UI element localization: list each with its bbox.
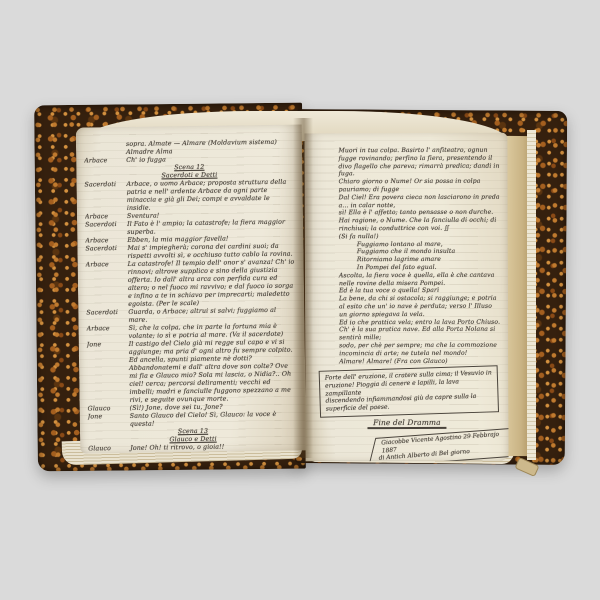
book-gutter-shadow xyxy=(293,118,313,458)
handwritten-line: JoneSanto Glauco del Cielo! Sì, Glauco: … xyxy=(88,411,298,430)
left-page-handwriting: sopra. Almate — Almare (Moldavium sistem… xyxy=(76,124,307,453)
handwritten-text: Muori in tua colpa. Basirto l' anfiteatr… xyxy=(338,147,499,179)
page-edge-stack-right xyxy=(527,130,536,460)
handwritten-line: Fine del Dramma xyxy=(313,419,500,429)
handwritten-text: Ch' è la sua pratica nave. Ed alla Porta… xyxy=(339,326,500,342)
handwritten-text: Almare! Almare! (Fra con Glauco) xyxy=(339,357,500,365)
left-page: sopra. Almate — Almare (Moldavium sistem… xyxy=(76,124,307,453)
handwritten-text: La bene, da chi si ostacola; si raggiung… xyxy=(339,295,500,319)
handwritten-text: Dal Ciel! Era povera cieca non lasciaron… xyxy=(339,193,500,209)
handwritten-text: Fine del Dramma xyxy=(367,419,447,429)
handwritten-text: sodo, per chè per sempre; ma che la comm… xyxy=(339,342,500,358)
handwritten-text: Chiaro giorno o Nume! Or sia possa in co… xyxy=(339,178,500,194)
speaker-name: Arbace xyxy=(86,261,128,270)
handwritten-line: SacerdotiArbace, o uomo Arbace; proposta… xyxy=(84,179,294,214)
handwritten-text: Il castigo del Cielo già mi regge sul ca… xyxy=(129,339,298,405)
handwritten-line: La bene, da chi si ostacola; si raggiung… xyxy=(313,295,500,319)
handwritten-line: JoneIl castigo del Cielo già mi regge su… xyxy=(87,339,298,406)
speaker-name: Sacerdoti xyxy=(84,181,126,190)
handwritten-line: Ch' è la sua pratica nave. Ed alla Porta… xyxy=(313,326,500,342)
handwritten-text: Santo Glauco del Cielo! Sì, Glauco: la v… xyxy=(130,411,298,429)
handwritten-line: Almare! Almare! (Fra con Glauco) xyxy=(313,357,500,365)
speaker-name: Sacerdoti xyxy=(85,245,127,254)
handwritten-line: ArbaceLa catastrofe! Il tempio dell' ono… xyxy=(86,259,297,310)
handwritten-text: Ascolta, la fiera voce è quella, ella è … xyxy=(339,271,500,287)
right-page-handwriting: Muori in tua colpa. Basirto l' anfiteatr… xyxy=(304,133,508,462)
handwritten-text: Hai ragione, o Nume. Che la fanciulla di… xyxy=(339,217,500,233)
open-manuscript-book: sopra. Almate — Almare (Moldavium sistem… xyxy=(0,0,600,600)
stage-direction-box: Forte dell' eruzione, il cratere sulla c… xyxy=(319,366,499,419)
speaker-name: Sacerdoti xyxy=(85,221,127,230)
speaker-name: Arbace xyxy=(86,325,128,334)
speaker-name: Jone xyxy=(88,413,130,422)
speaker-name: Arbace xyxy=(84,157,126,166)
speaker-name: Sacerdoti xyxy=(86,309,128,318)
signature-box: Giacobbe Vicente Agostino 29 Febbrajo 18… xyxy=(368,427,508,461)
handwritten-text: La catastrofe! Il tempio dell' onor s' a… xyxy=(128,259,297,309)
handwritten-line: Ascolta, la fiera voce è quella, ella è … xyxy=(313,271,500,287)
handwritten-line: Dal Ciel! Era povera cieca non lasciaron… xyxy=(313,193,500,209)
right-page: Muori in tua colpa. Basirto l' anfiteatr… xyxy=(304,133,508,462)
handwritten-line: Hai ragione, o Nume. Che la fanciulla di… xyxy=(313,217,500,233)
photo-background: sopra. Almate — Almare (Moldavium sistem… xyxy=(0,0,600,600)
speaker-name xyxy=(84,146,126,147)
handwritten-line: Muori in tua colpa. Basirto l' anfiteatr… xyxy=(312,147,499,179)
speaker-name: Jone xyxy=(87,341,129,350)
handwritten-text: Arbace, o uomo Arbace; proposta struttur… xyxy=(126,179,294,213)
handwritten-line: sodo, per chè per sempre; ma che la comm… xyxy=(313,342,500,358)
handwritten-line: Chiaro giorno o Nume! Or sia possa in co… xyxy=(313,178,500,194)
